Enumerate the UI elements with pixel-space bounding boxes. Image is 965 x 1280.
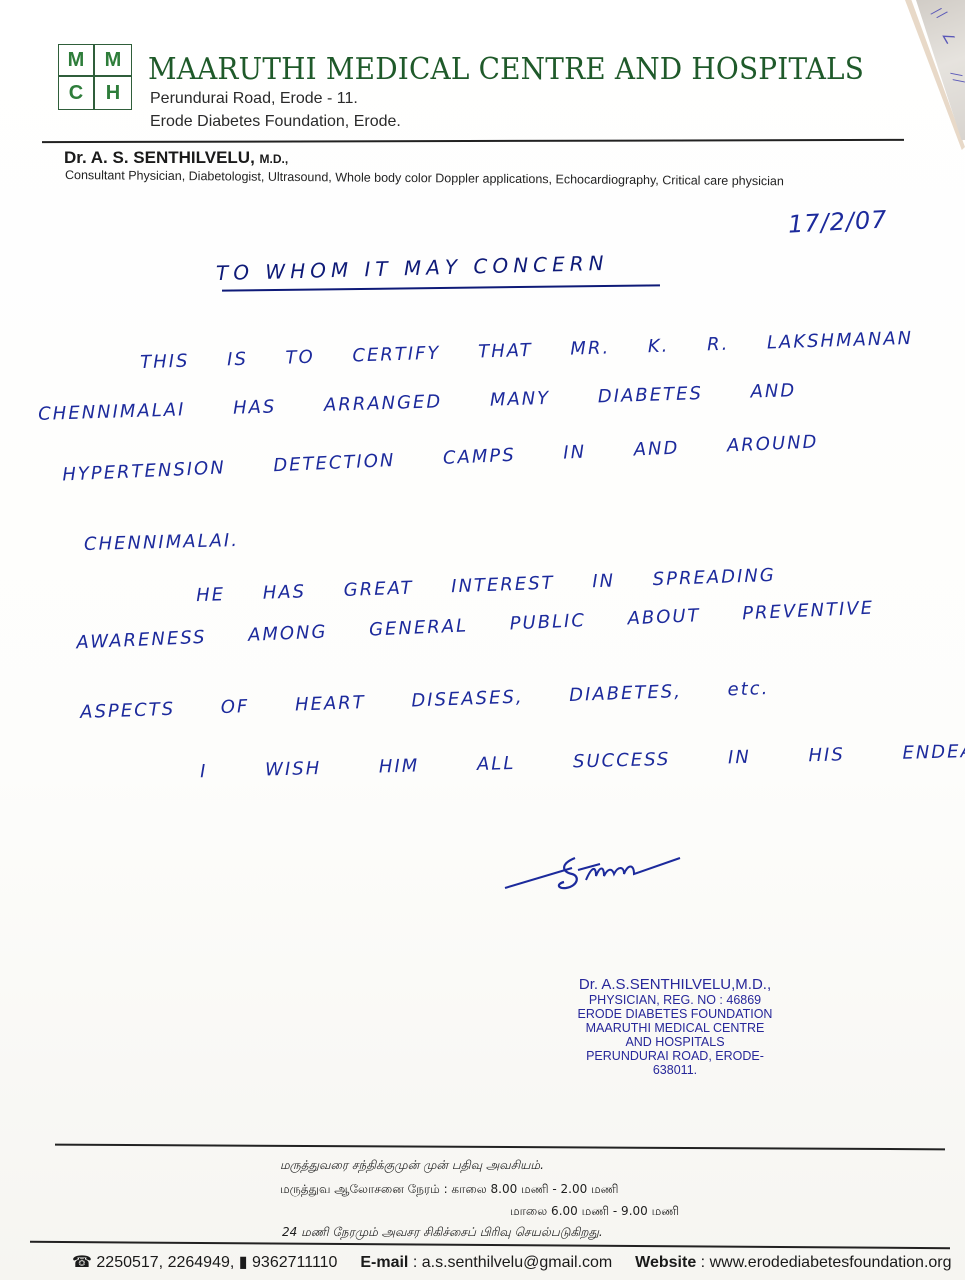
doctor-stamp: Dr. A.S.SENTHILVELU,M.D., PHYSICIAN, REG… bbox=[568, 976, 782, 1077]
website-url: www.erodediabetesfoundation.org bbox=[710, 1254, 952, 1271]
letter-line: HE HAS GREAT INTEREST IN SPREADING bbox=[196, 565, 776, 606]
title-underline bbox=[222, 284, 660, 291]
stamp-line: PHYSICIAN, REG. NO : 46869 bbox=[568, 993, 782, 1007]
hospital-logo: M M C H bbox=[58, 44, 132, 110]
stamp-name: Dr. A.S.SENTHILVELU,M.D., bbox=[568, 976, 782, 993]
stamp-line: ERODE DIABETES FOUNDATION bbox=[568, 1007, 782, 1021]
mobile-number: 9362711110 bbox=[252, 1254, 337, 1271]
footer-divider-top bbox=[55, 1144, 945, 1151]
footer-tamil-appointment: மருத்துவரை சந்திக்குமுன் முன் பதிவு அவசி… bbox=[280, 1158, 544, 1174]
hospital-name: MAARUTHI MEDICAL CENTRE AND HOSPITALS bbox=[148, 52, 864, 87]
letter-line: HYPERTENSION DETECTION CAMPS IN AND AROU… bbox=[62, 432, 819, 486]
stamp-line: MAARUTHI MEDICAL CENTRE bbox=[568, 1021, 782, 1035]
footer-tamil-emergency: 24 மணி நேரமும் அவசர சிகிச்சைப் பிரிவு செ… bbox=[282, 1225, 603, 1241]
footer-tamil-hours-morning: மருத்துவ ஆலோசனை நேரம் : காலை 8.00 மணி - … bbox=[280, 1182, 619, 1198]
letter-page: ⁄ ⁄ ∠ ⁄ ⁄ M M C H MAARUTHI MEDICAL CENTR… bbox=[0, 0, 965, 1280]
footer-tamil-hours-evening: மாலை 6.00 மணி - 9.00 மணி bbox=[510, 1204, 679, 1220]
foundation-name: Erode Diabetes Foundation, Erode. bbox=[150, 113, 401, 131]
email-address: a.s.senthilvelu@gmail.com bbox=[422, 1254, 613, 1271]
footer-contact: ☎ 2250517, 2264949, ▮ 9362711110 E-mail … bbox=[72, 1252, 952, 1272]
letter-line: THIS IS TO CERTIFY THAT MR. K. R. LAKSHM… bbox=[140, 328, 914, 373]
letter-title: TO WHOM IT MAY CONCERN bbox=[216, 251, 609, 285]
letter-line: CHENNIMALAI. bbox=[84, 530, 239, 555]
email-label: E-mail bbox=[360, 1254, 408, 1271]
doctor-name: Dr. A. S. SENTHILVELU, M.D., bbox=[64, 148, 288, 168]
phone-numbers: 2250517, 2264949, bbox=[96, 1254, 234, 1271]
doctor-name-text: Dr. A. S. SENTHILVELU, bbox=[64, 148, 255, 167]
mobile-icon: ▮ bbox=[239, 1254, 248, 1271]
website-label: Website bbox=[635, 1254, 696, 1271]
logo-letter: C bbox=[59, 77, 95, 109]
header-divider bbox=[42, 139, 904, 143]
signature bbox=[500, 846, 690, 896]
logo-letter: M bbox=[95, 45, 131, 77]
handwritten-date: 17/2/07 bbox=[787, 205, 888, 238]
stamp-line: AND HOSPITALS bbox=[568, 1035, 782, 1049]
stamp-line: PERUNDURAI ROAD, ERODE-638011. bbox=[568, 1049, 782, 1077]
hospital-address: Perundurai Road, Erode - 11. bbox=[150, 90, 358, 108]
phone-icon: ☎ bbox=[72, 1254, 92, 1271]
doctor-specialties: Consultant Physician, Diabetologist, Ult… bbox=[65, 168, 784, 188]
letter-line: I WISH HIM ALL SUCCESS IN HIS ENDEAVOURS… bbox=[200, 739, 965, 782]
letter-line: CHENNIMALAI HAS ARRANGED MANY DIABETES A… bbox=[38, 380, 797, 425]
logo-letter: H bbox=[95, 77, 131, 109]
doctor-degree: M.D., bbox=[260, 152, 289, 166]
footer-divider-bottom bbox=[30, 1241, 950, 1249]
logo-letter: M bbox=[59, 45, 95, 77]
letter-line: ASPECTS OF HEART DISEASES, DIABETES, etc… bbox=[80, 678, 770, 723]
